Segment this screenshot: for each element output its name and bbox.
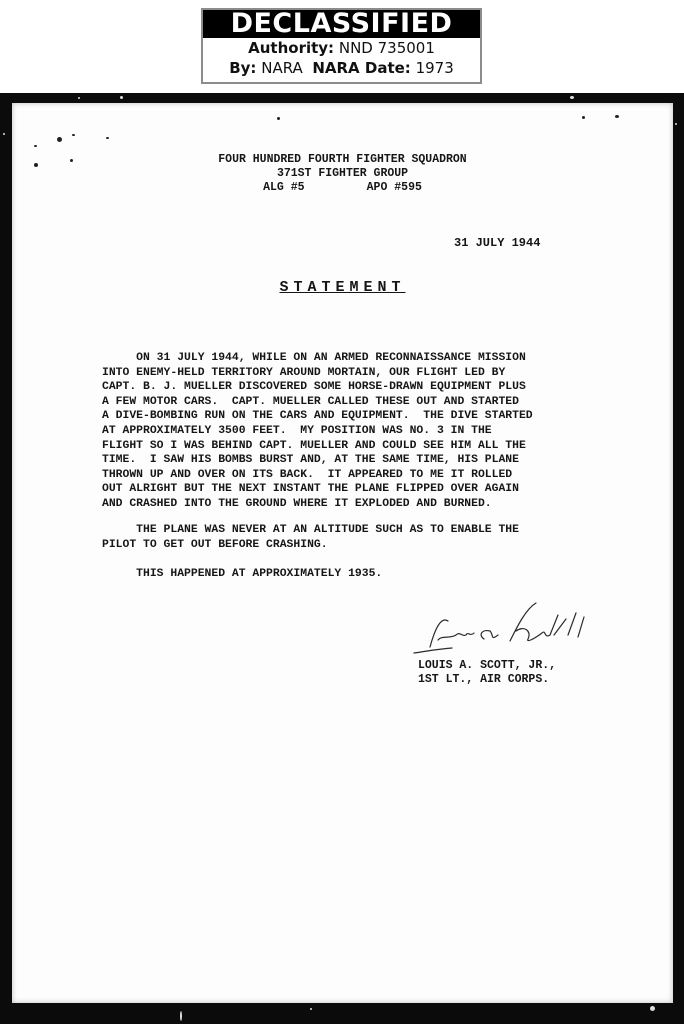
statement-line: A DIVE-BOMBING RUN ON THE CARS AND EQUIP… [102,409,533,424]
statement-line: THE PLANE WAS NEVER AT AN ALTITUDE SUCH … [102,523,519,538]
statement-line: A FEW MOTOR CARS. CAPT. MUELLER CALLED T… [102,395,533,410]
declassified-stamp: DECLASSIFIED Authority: NND 735001 By: N… [201,8,482,84]
by-label: By: [229,59,256,77]
handwritten-signature [408,595,608,665]
statement-paragraph-3: THIS HAPPENED AT APPROXIMATELY 1935. [102,567,382,582]
letterhead-alg: ALG #5 [263,181,304,195]
nara-date-value: 1973 [416,59,454,77]
document-title: STATEMENT [12,279,673,296]
authority-value: NND 735001 [339,39,435,57]
statement-line: PILOT TO GET OUT BEFORE CRASHING. [102,538,519,553]
statement-line: ON 31 JULY 1944, WHILE ON AN ARMED RECON… [102,351,533,366]
statement-line: TIME. I SAW HIS BOMBS BURST AND, AT THE … [102,453,533,468]
stamp-title: DECLASSIFIED [203,10,480,38]
statement-line: THIS HAPPENED AT APPROXIMATELY 1935. [102,567,382,582]
signatory-block: LOUIS A. SCOTT, JR., 1ST LT., AIR CORPS. [418,659,556,687]
document-date: 31 JULY 1944 [454,236,540,250]
statement-line: THROWN UP AND OVER ON ITS BACK. IT APPEA… [102,468,533,483]
authority-label: Authority: [248,39,334,57]
document-paper: FOUR HUNDRED FOURTH FIGHTER SQUADRON 371… [12,103,673,1003]
statement-paragraph-2: THE PLANE WAS NEVER AT AN ALTITUDE SUCH … [102,523,519,552]
nara-date-label: NARA Date: [312,59,410,77]
letterhead-apo: APO #595 [367,181,422,195]
statement-line: INTO ENEMY-HELD TERRITORY AROUND MORTAIN… [102,366,533,381]
signatory-rank: 1ST LT., AIR CORPS. [418,673,556,687]
letterhead-group: 371ST FIGHTER GROUP [12,167,673,181]
statement-line: AT APPROXIMATELY 3500 FEET. MY POSITION … [102,424,533,439]
statement-line: CAPT. B. J. MUELLER DISCOVERED SOME HORS… [102,380,533,395]
statement-line: FLIGHT SO I WAS BEHIND CAPT. MUELLER AND… [102,439,533,454]
stamp-authority: Authority: NND 735001 [203,38,480,58]
stamp-by-date: By: NARA NARA Date: 1973 [203,58,480,78]
signatory-name: LOUIS A. SCOTT, JR., [418,659,556,673]
statement-line: AND CRASHED INTO THE GROUND WHERE IT EXP… [102,497,533,512]
statement-paragraph-1: ON 31 JULY 1944, WHILE ON AN ARMED RECON… [102,351,533,512]
letterhead-alg-apo: ALG #5 APO #595 [12,181,673,195]
statement-line: OUT ALRIGHT BUT THE NEXT INSTANT THE PLA… [102,482,533,497]
scanned-page-frame: FOUR HUNDRED FOURTH FIGHTER SQUADRON 371… [0,93,684,1024]
letterhead-squadron: FOUR HUNDRED FOURTH FIGHTER SQUADRON [12,153,673,167]
by-value: NARA [261,59,303,77]
